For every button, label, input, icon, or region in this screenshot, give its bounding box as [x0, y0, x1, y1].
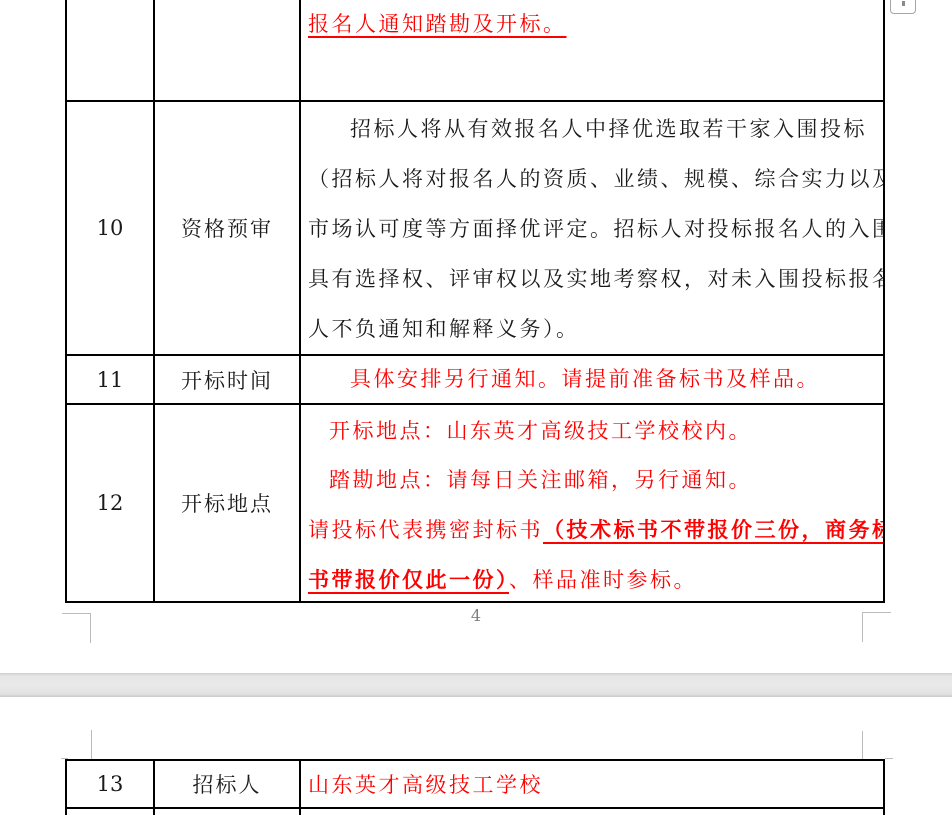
row-content-cell: 招标人将从有效报名人中择优选取若干家入围投标（招标人将对报名人的资质、业绩、规模… [301, 102, 883, 354]
row-label-cell: 资格预审 [155, 102, 301, 354]
text-line: 招标人将从有效报名人中择优选取若干家入围投标 [308, 104, 879, 154]
row-content-cell: 具体安排另行通知。请提前准备标书及样品。 [301, 356, 883, 403]
text-segment: （技术标书不带报价三份，商务标 [543, 517, 883, 542]
row-label: 开标时间 [181, 365, 273, 395]
tenderer-name: 山东英才高级技工学校 [308, 769, 543, 799]
row-number-cell: 13 [67, 761, 155, 807]
row-number: 12 [97, 491, 124, 515]
margin-mark-bottom-right-h [862, 612, 891, 613]
row-number: 13 [97, 772, 124, 796]
text-segment: 书带报价仅此一份） [308, 567, 509, 592]
open-bid-location-line: 开标地点：山东英才高级技工学校校内。 [308, 407, 879, 456]
row-content-text: 具体安排另行通知。请提前准备标书及样品。 [350, 367, 820, 391]
margin-mark-bottom-left-h [62, 613, 91, 614]
row-content-cell [301, 809, 883, 815]
bid-table-page4: 报名人通知踏勘及开标。 10 资格预审 招标人将从有效报名人中择优选取若干家入围… [65, 0, 885, 603]
table-row-continuation: 报名人通知踏勘及开标。 [67, 0, 883, 102]
text-line: （招标人将对报名人的资质、业绩、规模、综合实力以及 [308, 154, 879, 204]
document-viewer: 报名人通知踏勘及开标。 10 资格预审 招标人将从有效报名人中择优选取若干家入围… [0, 0, 952, 815]
margin-mark-bottom-left-v [90, 613, 91, 643]
row-number-cell [67, 809, 155, 815]
page-4: 报名人通知踏勘及开标。 10 资格预审 招标人将从有效报名人中择优选取若干家入围… [0, 0, 952, 673]
row-label: 开标地点 [181, 488, 273, 518]
margin-mark-top-left-v [91, 730, 92, 759]
margin-mark-top-right-v [862, 731, 863, 759]
row-label-cell: 开标时间 [155, 356, 301, 403]
row-label-cell [155, 809, 301, 815]
handle-dot-icon [902, 1, 905, 6]
row-number: 10 [97, 216, 124, 240]
text-line: 人不负通知和解释义务）。 [308, 304, 879, 354]
site-survey-location-line: 踏勘地点：请每日关注邮箱，另行通知。 [308, 456, 879, 505]
page-gap [0, 673, 952, 697]
row-label: 资格预审 [181, 213, 273, 243]
row-label-cell: 招标人 [155, 761, 301, 807]
text-segment: 请投标代表携密封标书 [308, 518, 543, 542]
text-segment: 、样品准时参标。 [509, 568, 697, 592]
margin-mark-bottom-right-v [862, 612, 863, 642]
continuation-text: 报名人通知踏勘及开标。 [308, 12, 567, 36]
page-number: 4 [0, 606, 952, 625]
row-number: 11 [97, 368, 124, 392]
table-row-13: 13 招标人 山东英才高级技工学校 [67, 761, 883, 809]
table-row-11: 11 开标时间 具体安排另行通知。请提前准备标书及样品。 [67, 356, 883, 405]
text-line: 具有选择权、评审权以及实地考察权，对未入围投标报名 [308, 254, 879, 304]
row-number-cell: 11 [67, 356, 155, 403]
table-row-10: 10 资格预审 招标人将从有效报名人中择优选取若干家入围投标（招标人将对报名人的… [67, 102, 883, 356]
table-row-12: 12 开标地点 开标地点：山东英才高级技工学校校内。 踏勘地点：请每日关注邮箱，… [67, 405, 883, 603]
text-line: 市场认可度等方面择优评定。招标人对投标报名人的入围 [308, 204, 879, 254]
page-5: 13 招标人 山东英才高级技工学校 [0, 697, 952, 815]
table-row-partial [67, 809, 883, 815]
floating-handle-button[interactable] [890, 0, 916, 14]
row-number-cell: 10 [67, 102, 155, 354]
row-content-cell: 报名人通知踏勘及开标。 [301, 0, 883, 100]
row-number-cell [67, 0, 155, 100]
row-content-cell: 开标地点：山东英才高级技工学校校内。 踏勘地点：请每日关注邮箱，另行通知。 请投… [301, 405, 883, 601]
row-content-cell: 山东英才高级技工学校 [301, 761, 883, 807]
margin-mark-top-right-h [885, 758, 893, 759]
row-number-cell: 12 [67, 405, 155, 601]
bid-table-page5: 13 招标人 山东英才高级技工学校 [65, 759, 885, 815]
sealed-bid-line-2: 书带报价仅此一份）、样品准时参标。 [308, 555, 879, 601]
row-label-cell [155, 0, 301, 100]
sealed-bid-line-1: 请投标代表携密封标书（技术标书不带报价三份，商务标 [308, 505, 879, 555]
row-label-cell: 开标地点 [155, 405, 301, 601]
row-label: 招标人 [193, 769, 262, 799]
